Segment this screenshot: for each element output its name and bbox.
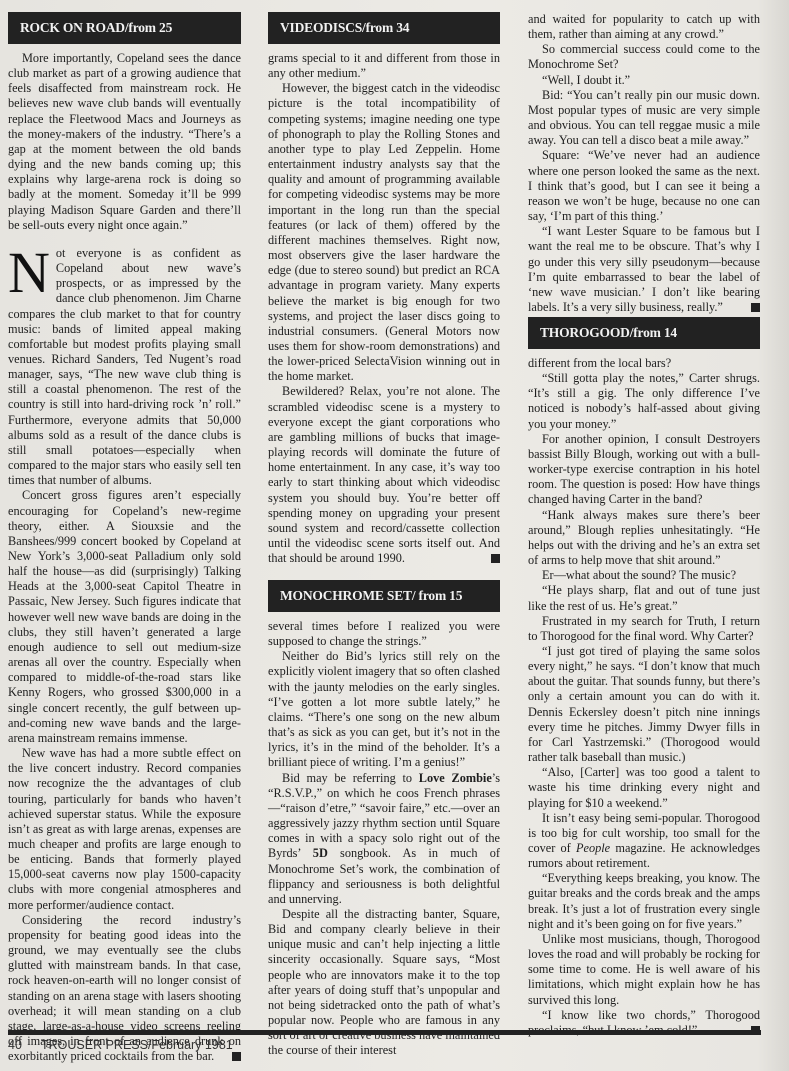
paragraph: “I just got tired of playing the same so… [528,644,760,765]
paragraph: Bid: “You can’t really pin our music dow… [528,88,760,149]
paragraph: “Well, I doubt it.” [528,73,760,88]
paragraph: “Hank always makes sure there’s beer aro… [528,508,760,569]
paragraph: However, the biggest catch in the videod… [268,81,500,384]
paragraph-dropcap: Not everyone is as confident as Copeland… [8,246,241,489]
paragraph: “I want Lester Square to be famous but I… [528,224,760,315]
paragraph: several times before I realized you were… [268,619,500,649]
paragraph: Bewildered? Relax, you’re not alone. The… [268,384,500,566]
paragraph: and waited for popularity to catch up wi… [528,12,760,42]
paragraph: Neither do Bid’s lyrics still rely on th… [268,649,500,770]
column-3-bottom: THOROGOOD/from 14 different from the loc… [528,317,760,1038]
paragraph: Despite all the distracting banter, Squa… [268,907,500,1059]
album-title: 5D [313,846,328,860]
paragraph: Concert gross figures aren’t especially … [8,488,241,746]
section-header-videodiscs: VIDEODISCS/from 34 [268,12,500,44]
section-header-thorogood: THOROGOOD/from 14 [528,317,760,349]
column-2-top: VIDEODISCS/from 34 grams special to it a… [268,12,500,566]
page-number: 40 [8,1038,41,1052]
magazine-page: ROCK ON ROAD/from 25 More importantly, C… [0,0,789,1071]
footer-rule [8,1030,761,1035]
paragraph: Unlike most musicians, though, Thorogood… [528,932,760,1008]
paragraph: “Everything keeps breaking, you know. Th… [528,871,760,932]
paragraph: Er—what about the sound? The music? [528,568,760,583]
column-2-bottom: MONOCHROME SET/ from 15 several times be… [268,580,500,1059]
paragraph: Bid may be referring to Love Zombie’s “R… [268,771,500,907]
paragraph: different from the local bars? [528,356,760,371]
paragraph: Frustrated in my search for Truth, I ret… [528,614,760,644]
section-header-rock-on-road: ROCK ON ROAD/from 25 [8,12,241,44]
paragraph: “Still gotta play the notes,” Carter shr… [528,371,760,432]
paragraph: So commercial success could come to the … [528,42,760,72]
paragraph: “Also, [Carter] was too good a talent to… [528,765,760,810]
paragraph: grams special to it and different from t… [268,51,500,81]
end-mark-icon [751,303,760,312]
end-mark-icon [232,1052,241,1061]
paragraph: “He plays sharp, flat and out of tune ju… [528,583,760,613]
end-mark-icon [491,554,500,563]
paragraph: More importantly, Copeland sees the danc… [8,51,241,233]
album-title: Love Zombie [419,771,492,785]
page-footer: 40TROUSER PRESS/February 1981 [8,1038,233,1052]
paragraph: Square: “We’ve never had an audience whe… [528,148,760,224]
paragraph: New wave has had a more subtle effect on… [8,746,241,913]
column-1: ROCK ON ROAD/from 25 More importantly, C… [8,12,241,1064]
column-3-top: and waited for popularity to catch up wi… [528,12,760,315]
paragraph: It isn’t easy being semi-popular. Thorog… [528,811,760,872]
section-header-monochrome-set: MONOCHROME SET/ from 15 [268,580,500,612]
drop-cap: N [8,250,50,296]
publication-line: TROUSER PRESS/February 1981 [41,1038,233,1052]
paragraph: For another opinion, I consult Destroyer… [528,432,760,508]
magazine-title: People [576,841,610,855]
